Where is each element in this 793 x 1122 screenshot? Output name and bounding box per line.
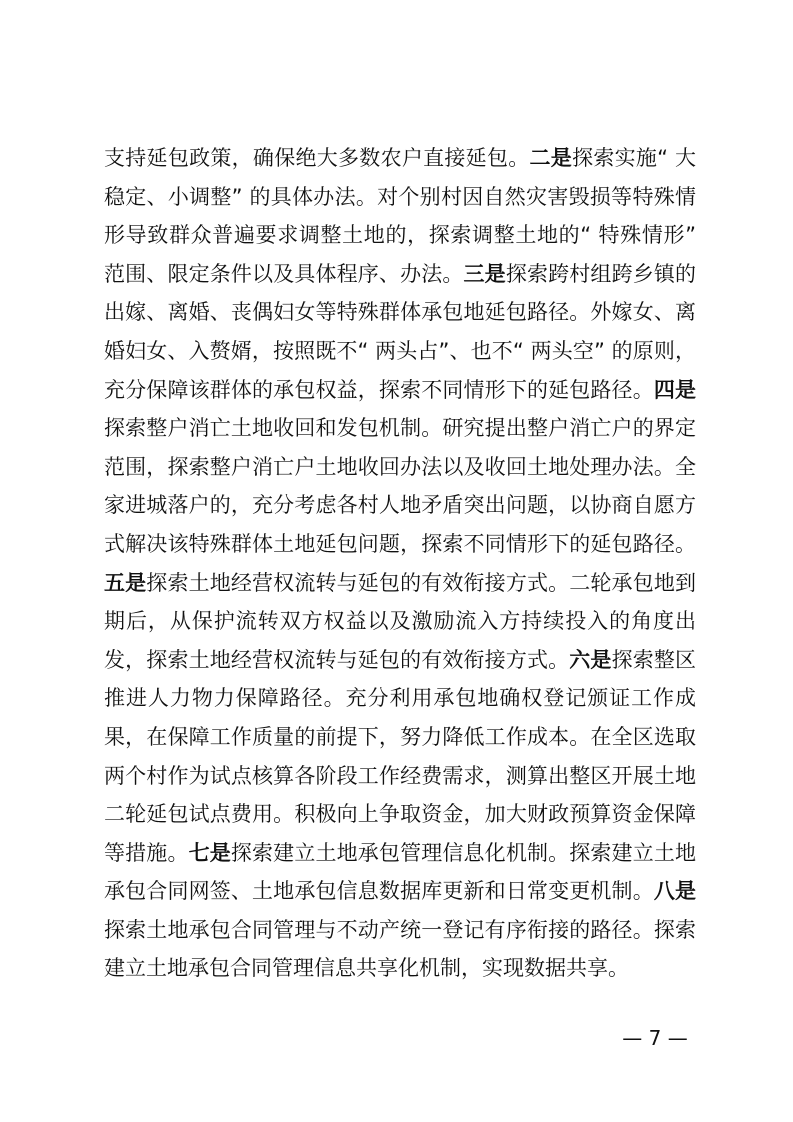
text-segment: 果，在保障工作质量的前提下，努力降低工作成本。在全区选取: [104, 725, 696, 749]
text-line: 发，探索土地经营权流转与延包的有效衔接方式。六是探索整区: [104, 641, 696, 680]
document-page: 支持延包政策，确保绝大多数农户直接延包。二是探索实施“ 大稳定、小调整” 的具体…: [0, 0, 793, 1122]
text-line: 建立土地承包合同管理信息共享化机制，实现数据共享。: [104, 949, 696, 988]
text-segment: 稳定、小调整” 的具体办法。对个别村因自然灾害毁损等特殊情: [104, 185, 696, 209]
text-line: 等措施。七是探索建立土地承包管理信息化机制。探索建立土地: [104, 834, 696, 873]
text-line: 范围，探索整户消亡户土地收回办法以及收回土地处理办法。全: [104, 448, 696, 487]
text-segment: 探索建立土地承包管理信息化机制。探索建立土地: [231, 841, 696, 865]
text-segment: 婚妇女、入赘婿，按照既不“ 两头占”、也不“ 两头空” 的原则，: [104, 339, 696, 363]
text-line: 两个村作为试点核算各阶段工作经费需求，测算出整区开展土地: [104, 757, 696, 796]
text-line: 二轮延包试点费用。积极向上争取资金，加大财政预算资金保障: [104, 795, 696, 834]
text-segment: 探索土地经营权流转与延包的有效衔接方式。二轮承包地到: [146, 571, 696, 595]
page-number: — 7 —: [600, 1026, 710, 1050]
text-segment: 探索整户消亡土地收回和发包机制。研究提出整户消亡户的界定: [104, 416, 696, 440]
text-segment: 支持延包政策，确保绝大多数农户直接延包。: [104, 146, 530, 170]
text-segment: 范围、限定条件以及具体程序、办法。: [104, 262, 464, 286]
text-segment: 充分保障该群体的承包权益，探索不同情形下的延包路径。: [104, 378, 654, 402]
text-line: 范围、限定条件以及具体程序、办法。三是探索跨村组跨乡镇的: [104, 255, 696, 294]
text-line: 式解决该特殊群体土地延包问题，探索不同情形下的延包路径。: [104, 525, 696, 564]
text-line: 推进人力物力保障路径。充分利用承包地确权登记颁证工作成: [104, 679, 696, 718]
bold-heading-marker: 四是: [654, 378, 696, 402]
text-line: 期后，从保护流转双方权益以及激励流入方持续投入的角度出: [104, 602, 696, 641]
text-segment: 探索土地承包合同管理与不动产统一登记有序衔接的路径。探索: [104, 918, 696, 942]
text-segment: 式解决该特殊群体土地延包问题，探索不同情形下的延包路径。: [104, 532, 696, 556]
text-line: 承包合同网签、土地承包信息数据库更新和日常变更机制。八是: [104, 872, 696, 911]
text-segment: 探索跨村组跨乡镇的: [506, 262, 696, 286]
text-line: 探索整户消亡土地收回和发包机制。研究提出整户消亡户的界定: [104, 409, 696, 448]
text-line: 形导致群众普遍要求调整土地的，探索调整土地的“ 特殊情形”: [104, 216, 696, 255]
text-segment: 期后，从保护流转双方权益以及激励流入方持续投入的角度出: [104, 609, 696, 633]
text-segment: 二轮延包试点费用。积极向上争取资金，加大财政预算资金保障: [104, 802, 696, 826]
text-line: 五是探索土地经营权流转与延包的有效衔接方式。二轮承包地到: [104, 564, 696, 603]
bold-heading-marker: 五是: [104, 571, 146, 595]
text-line: 果，在保障工作质量的前提下，努力降低工作成本。在全区选取: [104, 718, 696, 757]
text-line: 出嫁、离婚、丧偶妇女等特殊群体承包地延包路径。外嫁女、离: [104, 293, 696, 332]
text-segment: 两个村作为试点核算各阶段工作经费需求，测算出整区开展土地: [104, 764, 696, 788]
text-segment: 承包合同网签、土地承包信息数据库更新和日常变更机制。: [104, 879, 654, 903]
text-line: 稳定、小调整” 的具体办法。对个别村因自然灾害毁损等特殊情: [104, 178, 696, 217]
text-line: 家进城落户的，充分考虑各村人地矛盾突出问题，以协商自愿方: [104, 486, 696, 525]
text-line: 支持延包政策，确保绝大多数农户直接延包。二是探索实施“ 大: [104, 139, 696, 178]
bold-heading-marker: 七是: [189, 841, 231, 865]
bold-heading-marker: 三是: [464, 262, 506, 286]
text-segment: 探索整区: [612, 648, 696, 672]
text-segment: 发，探索土地经营权流转与延包的有效衔接方式。: [104, 648, 569, 672]
text-segment: 建立土地承包合同管理信息共享化机制，实现数据共享。: [104, 956, 629, 980]
text-segment: 范围，探索整户消亡户土地收回办法以及收回土地处理办法。全: [104, 455, 696, 479]
text-segment: 探索实施“ 大: [572, 146, 696, 170]
bold-heading-marker: 二是: [530, 146, 573, 170]
bold-heading-marker: 六是: [569, 648, 611, 672]
text-line: 婚妇女、入赘婿，按照既不“ 两头占”、也不“ 两头空” 的原则，: [104, 332, 696, 371]
text-segment: 推进人力物力保障路径。充分利用承包地确权登记颁证工作成: [104, 686, 696, 710]
text-line: 探索土地承包合同管理与不动产统一登记有序衔接的路径。探索: [104, 911, 696, 950]
text-segment: 出嫁、离婚、丧偶妇女等特殊群体承包地延包路径。外嫁女、离: [104, 300, 696, 324]
text-segment: 形导致群众普遍要求调整土地的，探索调整土地的“ 特殊情形”: [104, 223, 696, 247]
text-segment: 等措施。: [104, 841, 189, 865]
body-text: 支持延包政策，确保绝大多数农户直接延包。二是探索实施“ 大稳定、小调整” 的具体…: [104, 139, 696, 988]
bold-heading-marker: 八是: [654, 879, 696, 903]
text-segment: 家进城落户的，充分考虑各村人地矛盾突出问题，以协商自愿方: [104, 493, 696, 517]
text-line: 充分保障该群体的承包权益，探索不同情形下的延包路径。四是: [104, 371, 696, 410]
